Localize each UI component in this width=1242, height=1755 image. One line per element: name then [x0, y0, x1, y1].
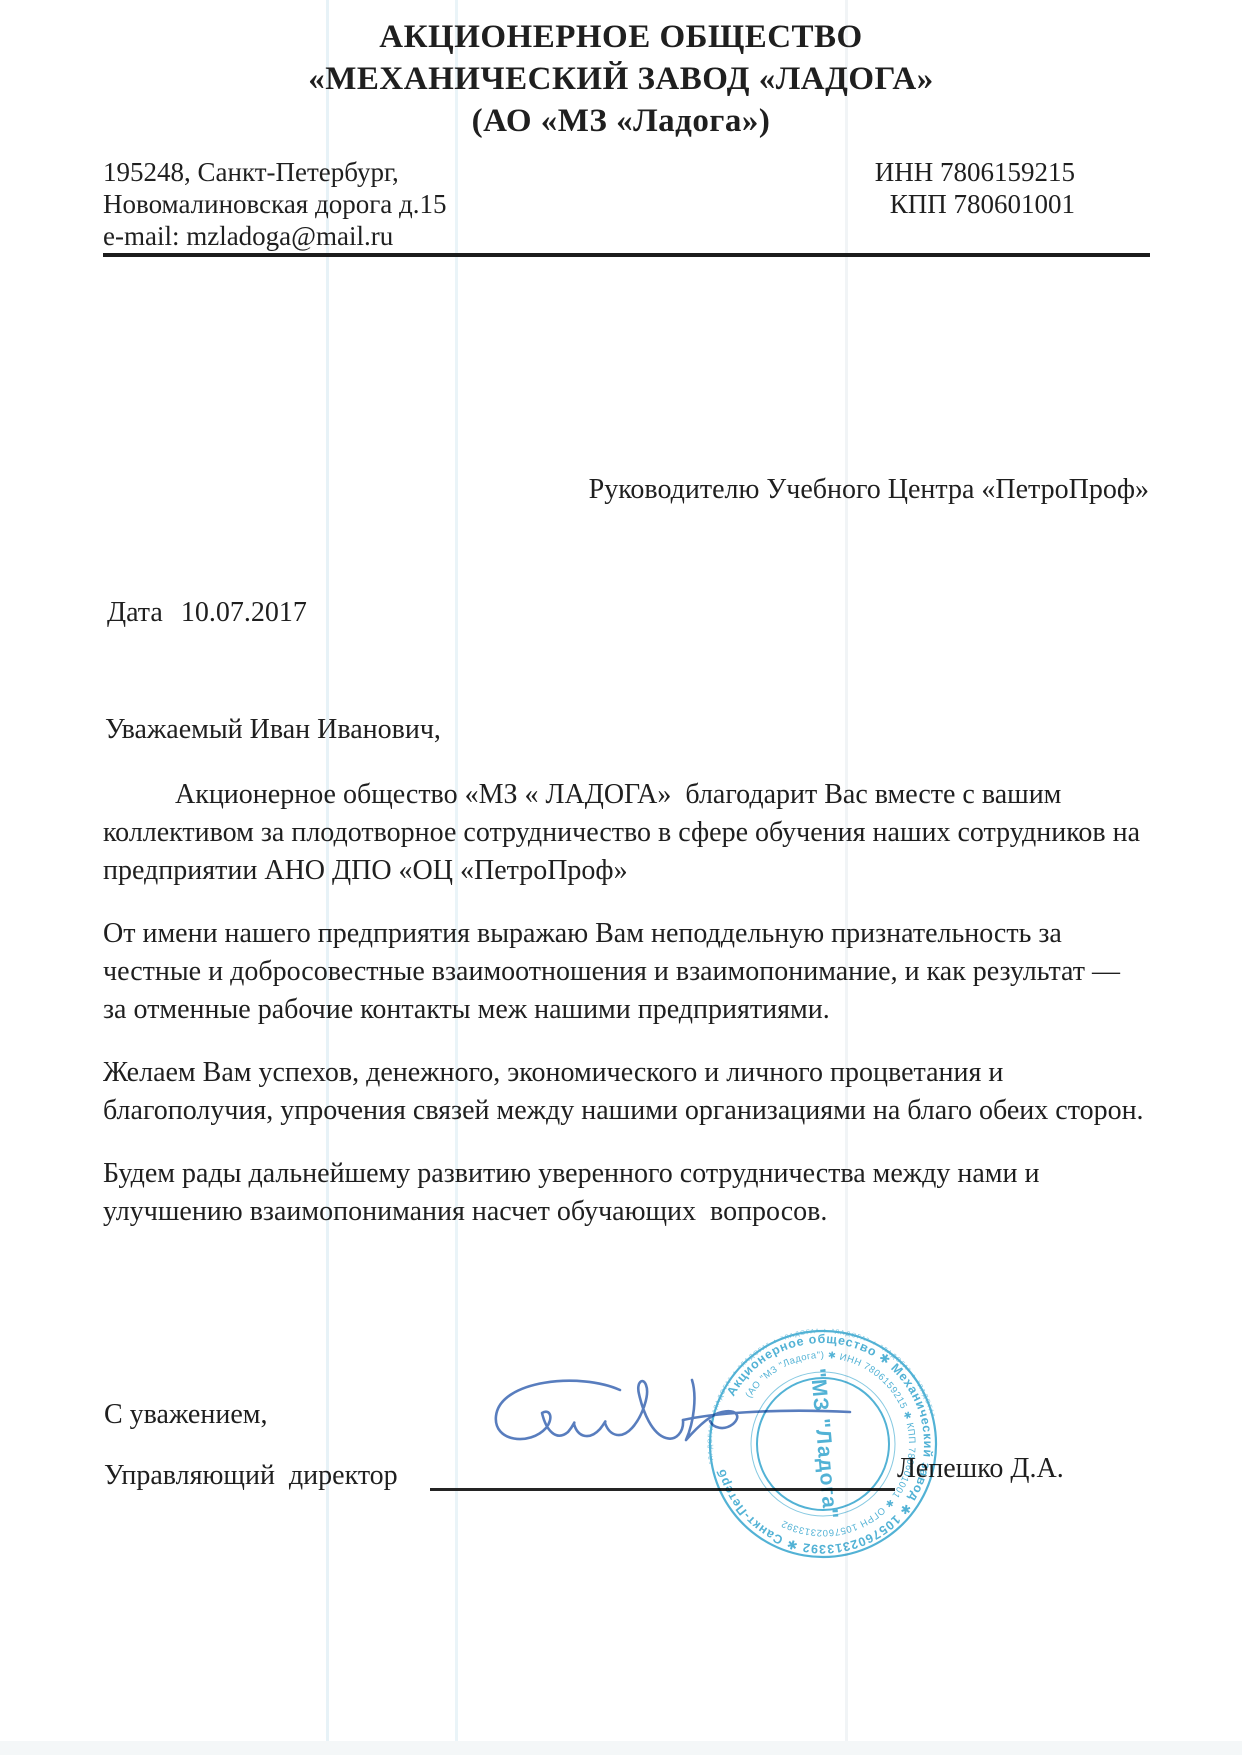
stamp-micro-ring-text: "ЛАДОГА" ✦ "ЛАДОГА" ✦ "ЛАДОГА" ✦ "ЛАДОГА… — [685, 1306, 935, 1465]
signature-underline — [430, 1461, 895, 1491]
scanned-letter-page: АКЦИОНЕРНОЕ ОБЩЕСТВО «МЕХАНИЧЕСКИЙ ЗАВОД… — [0, 0, 1242, 1755]
paragraph: Желаем Вам успехов, денежного, экономиче… — [103, 1054, 1145, 1130]
stamp-ring-text: Акционерное общество ✱ Механический заво… — [675, 1296, 956, 1581]
letterhead-divider-rule — [103, 253, 1150, 257]
stamp-outer-circle — [689, 1310, 957, 1578]
salutation: Уважаемый Иван Иванович, — [105, 714, 441, 746]
signer-name: Лепешко Д.А. — [897, 1453, 1064, 1485]
stamp-middle-circle — [738, 1359, 909, 1530]
letter-body: Акционерное общество «МЗ « ЛАДОГА» благо… — [103, 776, 1145, 1256]
recipient-line: Руководителю Учебного Центра «ПетроПроф» — [103, 474, 1149, 506]
org-name-line-2: «МЕХАНИЧЕСКИЙ ЗАВОД «ЛАДОГА» — [0, 58, 1242, 100]
letterhead: АКЦИОНЕРНОЕ ОБЩЕСТВО «МЕХАНИЧЕСКИЙ ЗАВОД… — [0, 16, 1242, 142]
tax-ids-block: ИНН 7806159215 КПП 780601001 — [875, 156, 1075, 252]
paragraph: От имени нашего предприятия выражаю Вам … — [103, 915, 1145, 1029]
address-line-1: 195248, Санкт-Петербург, — [103, 156, 447, 188]
paragraph: Будем рады дальнейшему развитию уверенно… — [103, 1155, 1145, 1231]
date-label: Дата — [107, 597, 163, 628]
paragraph: Акционерное общество «МЗ « ЛАДОГА» благо… — [103, 776, 1145, 890]
org-name-line-1: АКЦИОНЕРНОЕ ОБЩЕСТВО — [0, 16, 1242, 58]
kpp-value: КПП 780601001 — [875, 188, 1075, 220]
date-line: Дата10.07.2017 — [107, 597, 307, 629]
signature-flourish — [683, 1411, 850, 1420]
scan-artifact-bottom-band — [0, 1741, 1242, 1755]
company-stamp: "ЛАДОГА" ✦ "ЛАДОГА" ✦ "ЛАДОГА" ✦ "ЛАДОГА… — [675, 1296, 972, 1593]
address-block: 195248, Санкт-Петербург, Новомалиновская… — [103, 156, 447, 252]
signer-title: Управляющий директор — [104, 1460, 398, 1492]
signature-stroke — [686, 1380, 737, 1440]
email-line: e-mail: mzladoga@mail.ru — [103, 220, 447, 252]
stamp-center-text: "МЗ "Ладога" — [806, 1367, 842, 1520]
inn-value: ИНН 7806159215 — [875, 156, 1075, 188]
date-value: 10.07.2017 — [181, 597, 307, 628]
signature-stroke — [496, 1381, 683, 1439]
stamp-inner-circle — [745, 1366, 902, 1523]
letterhead-details: 195248, Санкт-Петербург, Новомалиновская… — [103, 156, 1075, 252]
stamp-middle-ring-text: (АО "МЗ "Ладога") ✱ ИНН 7806159215 ✱ КПП… — [737, 1332, 934, 1550]
closing-line: С уважением, — [104, 1399, 267, 1431]
org-name-short: (АО «МЗ «Ладога») — [0, 100, 1242, 142]
address-line-2: Новомалиновская дорога д.15 — [103, 188, 447, 220]
